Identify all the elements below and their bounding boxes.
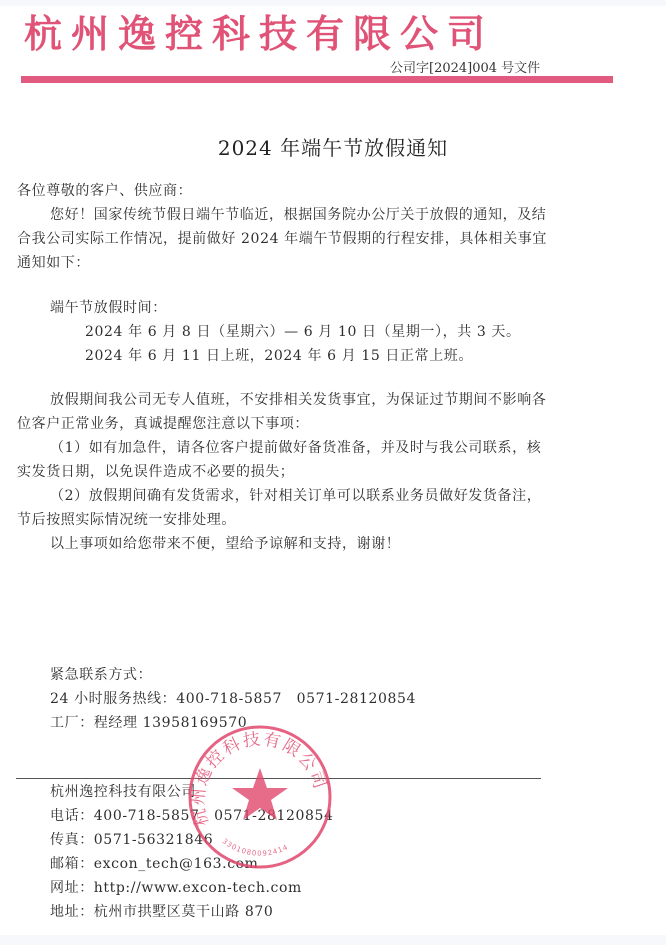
document-title: 2024 年端午节放假通知: [0, 132, 666, 161]
holiday-heading: 端午节放假时间：: [50, 298, 167, 318]
intro-line: 合我公司实际工作情况，提前做好 2024 年端午节假期的行程安排，具体相关事宜: [17, 229, 547, 249]
footer-email: 邮箱：excon_tech@163.com: [50, 854, 259, 874]
footer-website: 网址：http://www.excon-tech.com: [50, 878, 302, 898]
emergency-factory-contact: 工厂：程经理 13958169570: [50, 713, 247, 733]
notice-line: 放假期间我公司无专人值班，不安排相关发货事宜，为保证过节期间不影响各: [50, 390, 546, 410]
notice-line: 位客户正常业务，真诚提醒您注意以下事项：: [17, 414, 309, 434]
letterhead-company-name: 杭州逸控科技有限公司: [24, 10, 614, 58]
footer-company: 杭州逸控科技有限公司: [50, 782, 196, 802]
item-2-line: 节后按照实际情况统一安排处理。: [17, 510, 236, 530]
document-number: 公司字[2024]004 号文件: [390, 57, 540, 76]
intro-line: 您好！国家传统节假日端午节临近，根据国务院办公厅关于放假的通知，及结: [50, 205, 546, 225]
footer-divider: [16, 778, 541, 779]
item-1-line: （1）如有加急件，请各位客户提前做好备货准备，并及时与我公司联系，核: [50, 438, 541, 458]
return-to-work-dates: 2024 年 6 月 11 日上班，2024 年 6 月 15 日正常上班。: [85, 346, 473, 366]
closing-line: 以上事项如给您带来不便，望给予谅解和支持，谢谢！: [50, 534, 400, 554]
holiday-dates: 2024 年 6 月 8 日（星期六）— 6 月 10 日（星期一），共 3 天…: [85, 322, 521, 342]
footer-address: 地址：杭州市拱墅区莫干山路 870: [50, 902, 273, 922]
footer-phone: 电话：400-718-5857 0571-28120854: [50, 806, 334, 826]
footer-fax: 传真：0571-56321846: [50, 830, 213, 850]
emergency-hotline: 24 小时服务热线：400-718-5857 0571-28120854: [50, 689, 416, 709]
intro-line: 通知如下：: [17, 253, 90, 273]
emergency-heading: 紧急联系方式：: [50, 665, 152, 685]
salutation: 各位尊敬的客户、供应商：: [17, 181, 192, 201]
letterhead-red-rule: [21, 76, 613, 83]
item-2-line: （2）放假期间确有发货需求，针对相关订单可以联系业务员做好发货备注，: [50, 486, 541, 506]
item-1-line: 实发货日期，以免误件造成不必要的损失；: [17, 462, 294, 482]
document-page: 杭州逸控科技有限公司 公司字[2024]004 号文件 2024 年端午节放假通…: [0, 6, 666, 935]
